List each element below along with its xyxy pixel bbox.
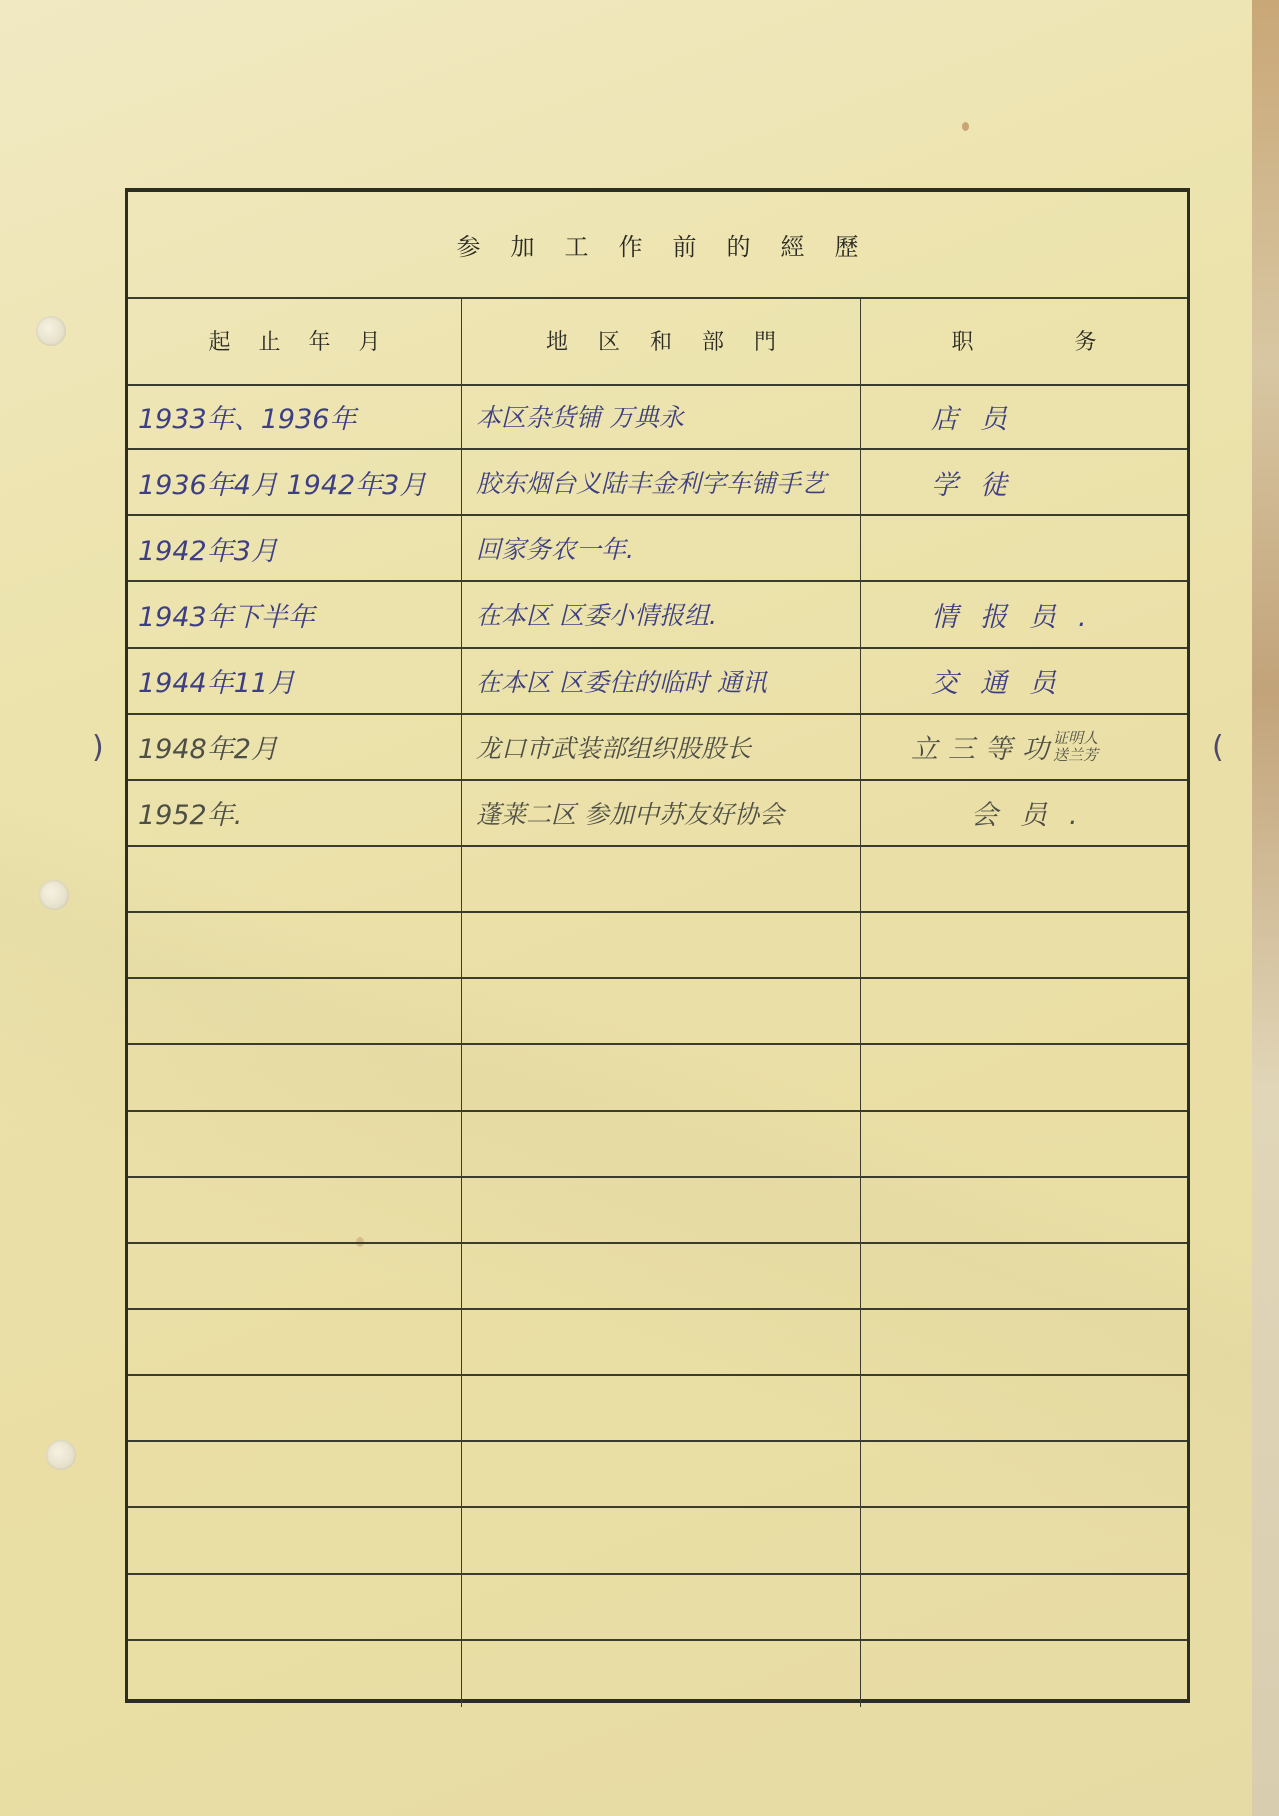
table-row <box>128 1641 1187 1707</box>
table-row: 1933年、1936年 本区杂货铺 万典永 店员 <box>128 384 1187 450</box>
cell-region-dept: 在本区 区委小情报组. <box>462 582 861 646</box>
table-row <box>128 847 1187 913</box>
cell-region-dept <box>462 1310 861 1374</box>
table-row <box>128 1112 1187 1178</box>
cell-period: 1936年4月 1942年3月 <box>128 450 462 514</box>
annotation-top: 证明人 <box>1053 730 1098 747</box>
cell-region-dept <box>462 1508 861 1572</box>
table-row: 1952年. 蓬莱二区 参加中苏友好协会 会员. <box>128 781 1187 847</box>
table-row <box>128 1244 1187 1310</box>
cell-position <box>861 1045 1187 1109</box>
cell-period <box>128 979 462 1043</box>
punch-hole-bottom <box>46 1440 76 1470</box>
table-title: 参加工作前的經歷 <box>427 227 889 262</box>
cell-period: 1952年. <box>128 781 462 845</box>
cell-period: 1942年3月 <box>128 516 462 580</box>
cell-period: 1933年、1936年 <box>128 384 462 448</box>
experience-table: 参加工作前的經歷 起止年月 地区和部門 职 务 1933年、1936年 本区杂货… <box>125 188 1190 1703</box>
cell-period <box>128 1244 462 1308</box>
cell-position <box>861 1641 1187 1707</box>
margin-bracket-left: ) <box>92 730 104 765</box>
cell-region-dept <box>462 1178 861 1242</box>
cell-period: 1944年11月 <box>128 649 462 713</box>
cell-region-dept <box>462 1442 861 1506</box>
header-region-dept: 地区和部門 <box>462 297 861 384</box>
cell-region-dept: 胶东烟台义陆丰金利字车铺手艺 <box>462 450 861 514</box>
cell-position <box>861 516 1187 580</box>
cell-position <box>861 1376 1187 1440</box>
table-row: 1943年下半年 在本区 区委小情报组. 情报员. <box>128 582 1187 648</box>
cell-period <box>128 847 462 911</box>
cell-period <box>128 1641 462 1707</box>
cell-region-dept <box>462 847 861 911</box>
cell-region-dept <box>462 1112 861 1176</box>
cell-region-dept <box>462 1244 861 1308</box>
table-row <box>128 1508 1187 1574</box>
table-row <box>128 1045 1187 1111</box>
punch-hole-top <box>36 316 66 346</box>
cell-position <box>861 913 1187 977</box>
table-row <box>128 913 1187 979</box>
cell-position <box>861 979 1187 1043</box>
table-row <box>128 979 1187 1045</box>
paper-stain <box>962 122 969 131</box>
cell-position: 学徒 <box>861 450 1187 514</box>
cell-period <box>128 1508 462 1572</box>
cell-position: 店员 <box>861 384 1187 448</box>
cell-region-dept <box>462 1376 861 1440</box>
cell-position <box>861 1244 1187 1308</box>
cell-region-dept: 蓬莱二区 参加中苏友好协会 <box>462 781 861 845</box>
cell-region-dept <box>462 979 861 1043</box>
cell-period: 1948年2月 <box>128 715 462 779</box>
header-position-char-1: 职 <box>951 325 973 356</box>
table-header-row: 起止年月 地区和部門 职 务 <box>128 297 1187 386</box>
table-row <box>128 1575 1187 1641</box>
paper-edge-backing <box>1252 0 1279 1816</box>
cell-position: 立三等功 证明人 送兰芳 <box>861 715 1187 779</box>
table-row: 1936年4月 1942年3月 胶东烟台义陆丰金利字车铺手艺 学徒 <box>128 450 1187 516</box>
cell-region-dept <box>462 913 861 977</box>
table-row <box>128 1376 1187 1442</box>
table-title-row: 参加工作前的經歷 <box>128 192 1187 299</box>
cell-period <box>128 1442 462 1506</box>
margin-bracket-right: ( <box>1212 730 1224 765</box>
position-annotation: 证明人 送兰芳 <box>1053 730 1098 764</box>
cell-period <box>128 1112 462 1176</box>
cell-period <box>128 1376 462 1440</box>
header-position: 职 务 <box>861 297 1187 384</box>
cell-period <box>128 1575 462 1639</box>
position-text: 立三等功 <box>911 727 1059 766</box>
cell-position: 情报员. <box>861 582 1187 646</box>
cell-region-dept <box>462 1641 861 1707</box>
cell-position <box>861 1442 1187 1506</box>
cell-region-dept: 本区杂货铺 万典永 <box>462 384 861 448</box>
table-row <box>128 1442 1187 1508</box>
cell-region-dept <box>462 1575 861 1639</box>
cell-region-dept: 龙口市武装部组织股股长 <box>462 715 861 779</box>
annotation-bottom: 送兰芳 <box>1053 747 1098 764</box>
cell-position: 会员. <box>861 781 1187 845</box>
table-row <box>128 1310 1187 1376</box>
cell-period <box>128 1045 462 1109</box>
cell-period: 1943年下半年 <box>128 582 462 646</box>
table-row: 1942年3月 回家务农一年. <box>128 516 1187 582</box>
header-period: 起止年月 <box>128 297 462 384</box>
cell-period <box>128 1178 462 1242</box>
table-row: 1944年11月 在本区 区委住的临时 通讯 交通员 <box>128 649 1187 715</box>
cell-period <box>128 1310 462 1374</box>
cell-region-dept <box>462 1045 861 1109</box>
punch-hole-middle <box>39 880 69 910</box>
table-body: 1933年、1936年 本区杂货铺 万典永 店员 1936年4月 1942年3月… <box>128 384 1187 1699</box>
cell-position <box>861 1508 1187 1572</box>
table-row: 1948年2月 龙口市武装部组织股股长 立三等功 证明人 送兰芳 <box>128 715 1187 781</box>
cell-region-dept: 在本区 区委住的临时 通讯 <box>462 649 861 713</box>
table-row <box>128 1178 1187 1244</box>
cell-position <box>861 1575 1187 1639</box>
header-position-char-2: 务 <box>1074 325 1096 356</box>
cell-region-dept: 回家务农一年. <box>462 516 861 580</box>
cell-position <box>861 1310 1187 1374</box>
cell-period <box>128 913 462 977</box>
cell-position <box>861 1178 1187 1242</box>
cell-position <box>861 1112 1187 1176</box>
cell-position: 交通员 <box>861 649 1187 713</box>
cell-position <box>861 847 1187 911</box>
